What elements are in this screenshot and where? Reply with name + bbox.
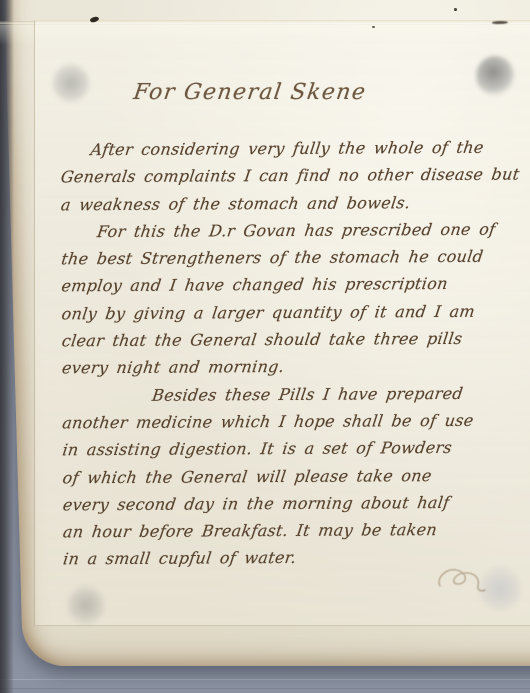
book-spine-edge — [0, 0, 14, 693]
letter-line: only by giving a larger quantity of it a… — [60, 297, 500, 327]
letter-line: Besides these Pills I have prepared — [60, 379, 500, 409]
letter-line: another medicine which I hope shall be o… — [61, 407, 501, 437]
smudge-stain-top-right — [476, 56, 514, 96]
manuscript-photo: For General Skene After considering very… — [0, 0, 530, 693]
ink-fleck — [454, 8, 457, 11]
letter-line: every night and morning. — [60, 352, 500, 382]
letter-line: Generals complaints I can find no other … — [59, 161, 499, 191]
letter-line: of which the General will please take on… — [61, 461, 501, 491]
letter-line: every second day in the morning about ha… — [61, 489, 501, 519]
letter-line: employ and I have changed his prescripti… — [60, 270, 500, 300]
letter-line: the best Strengtheners of the stomach he… — [60, 243, 500, 273]
letter-line: After considering very fully the whole o… — [59, 134, 499, 164]
letter-line: For this the D.r Govan has prescribed on… — [59, 216, 499, 246]
ink-fleck — [372, 26, 375, 28]
letter-line: an hour before Breakfast. It may be take… — [61, 516, 501, 546]
smudge-stain-top-left — [52, 63, 90, 103]
smudge-stain-bottom-left — [67, 585, 105, 625]
letter-title: For General Skene — [88, 80, 412, 105]
letter-line: clear that the General should take three… — [60, 325, 500, 355]
letter-line: in assisting digestion. It is a set of P… — [61, 434, 501, 464]
letter-line: a weakness of the stomach and bowels. — [59, 188, 499, 218]
backdrop-seam-line-lower — [0, 688, 530, 689]
faint-ink-mark — [434, 556, 490, 600]
letter-body: After considering very fully the whole o… — [61, 134, 500, 573]
backdrop-seam-line — [0, 679, 530, 680]
